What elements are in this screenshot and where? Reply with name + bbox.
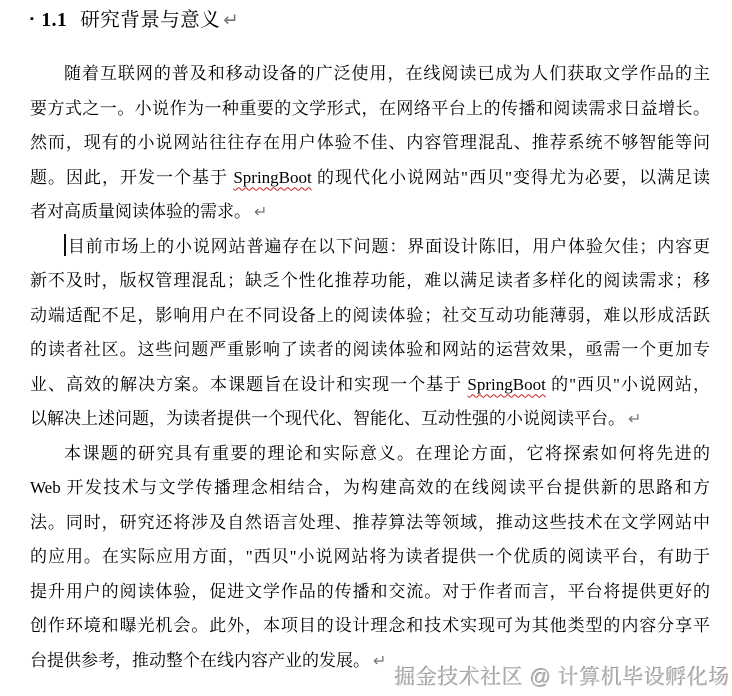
text-segment: 的现代化小说网站"西贝"变得尤为必要，以满足读 [312, 168, 710, 187]
watermark: 掘金技术社区 @ 计算机毕设孵化场 [395, 661, 731, 691]
text-segment: 目前市场上的小说网站普遍存在以下问题：界面设计陈旧，用户体验欠佳；内容更 [67, 237, 710, 256]
outline-bullet-icon: ▪ [30, 14, 34, 25]
section-heading[interactable]: ▪ 1.1 研究背景与意义 ↵ [30, 4, 710, 34]
text-segment: 业、高效的解决方案。本课题旨在设计和实现一个基于 [30, 375, 467, 394]
paragraph-mark: ↵ [254, 203, 268, 221]
paragraph-3[interactable]: 本课题的研究具有重要的理论和实际意义。在理论方面，它将探索如何将先进的 Web … [30, 437, 710, 679]
text-line[interactable]: 题。因此，开发一个基于 SpringBoot 的现代化小说网站"西贝"变得尤为必… [30, 161, 710, 196]
text-segment: 者对高质量阅读体验的需求。 [30, 202, 251, 221]
text-line[interactable]: 者对高质量阅读体验的需求。↵ [30, 195, 710, 230]
text-cursor [64, 234, 66, 256]
text-line[interactable]: 业、高效的解决方案。本课题旨在设计和实现一个基于 SpringBoot 的"西贝… [30, 368, 710, 403]
text-segment: 台提供参考，推动整个在线内容产业的发展。 [30, 651, 370, 670]
text-line[interactable]: 的读者社区。这些问题严重影响了读者的阅读体验和网站的运营效果，亟需一个更加专 [30, 333, 710, 368]
text-line[interactable]: 动端适配不足，影响用户在不同设备上的阅读体验；社交互动功能薄弱，难以形成活跃 [30, 299, 710, 334]
text-line[interactable]: 法。同时，研究还将涉及自然语言处理、推荐算法等领域，推动这些技术在文学网站中 [30, 506, 710, 541]
text-segment: 以解决上述问题，为读者提供一个现代化、智能化、互动性强的小说阅读平台。 [30, 409, 625, 428]
text-line[interactable]: Web 开发技术与文学传播理念相结合，为构建高效的在线阅读平台提供新的思路和方 [30, 471, 710, 506]
text-line[interactable]: 然而，现有的小说网站往往存在用户体验不佳、内容管理混乱、推荐系统不够智能等问 [30, 126, 710, 161]
text-line[interactable]: 随着互联网的普及和移动设备的广泛使用，在线阅读已成为人们获取文学作品的主 [30, 57, 710, 92]
text-line[interactable]: 目前市场上的小说网站普遍存在以下问题：界面设计陈旧，用户体验欠佳；内容更 [30, 230, 710, 265]
text-line[interactable]: 以解决上述问题，为读者提供一个现代化、智能化、互动性强的小说阅读平台。↵ [30, 402, 710, 437]
heading-number: 1.1 [41, 10, 67, 32]
text-segment: 的"西贝"小说网站， [546, 375, 710, 394]
text-line[interactable]: 创作环境和曝光机会。此外，本项目的设计理念和技术实现可为其他类型的内容分享平 [30, 609, 710, 644]
text-line[interactable]: 要方式之一。小说作为一种重要的文学形式，在网络平台上的传播和阅读需求日益增长。 [30, 92, 710, 127]
paragraph-mark: ↵ [628, 410, 642, 428]
text-line[interactable]: 新不及时，版权管理混乱；缺乏个性化推荐功能，难以满足读者多样化的阅读需求；移 [30, 264, 710, 299]
text-line[interactable]: 的应用。在实际应用方面，"西贝"小说网站将为读者提供一个优质的阅读平台，有助于 [30, 540, 710, 575]
spellcheck-word: SpringBoot [233, 168, 311, 187]
text-segment: 题。因此，开发一个基于 [30, 168, 233, 187]
document-page: ▪ 1.1 研究背景与意义 ↵ 随着互联网的普及和移动设备的广泛使用，在线阅读已… [0, 0, 732, 678]
paragraph-mark: ↵ [223, 9, 239, 31]
heading-title: 研究背景与意义 [80, 4, 220, 32]
paragraph-mark: ↵ [373, 652, 387, 670]
text-line[interactable]: 提升用户的阅读体验，促进文学作品的传播和交流。对于作者而言，平台将提供更好的 [30, 575, 710, 610]
text-line[interactable]: 本课题的研究具有重要的理论和实际意义。在理论方面，它将探索如何将先进的 [30, 437, 710, 472]
paragraph-2[interactable]: 目前市场上的小说网站普遍存在以下问题：界面设计陈旧，用户体验欠佳；内容更 新不及… [30, 230, 710, 437]
spellcheck-word: SpringBoot [467, 375, 545, 394]
paragraph-1[interactable]: 随着互联网的普及和移动设备的广泛使用，在线阅读已成为人们获取文学作品的主 要方式… [30, 57, 710, 230]
